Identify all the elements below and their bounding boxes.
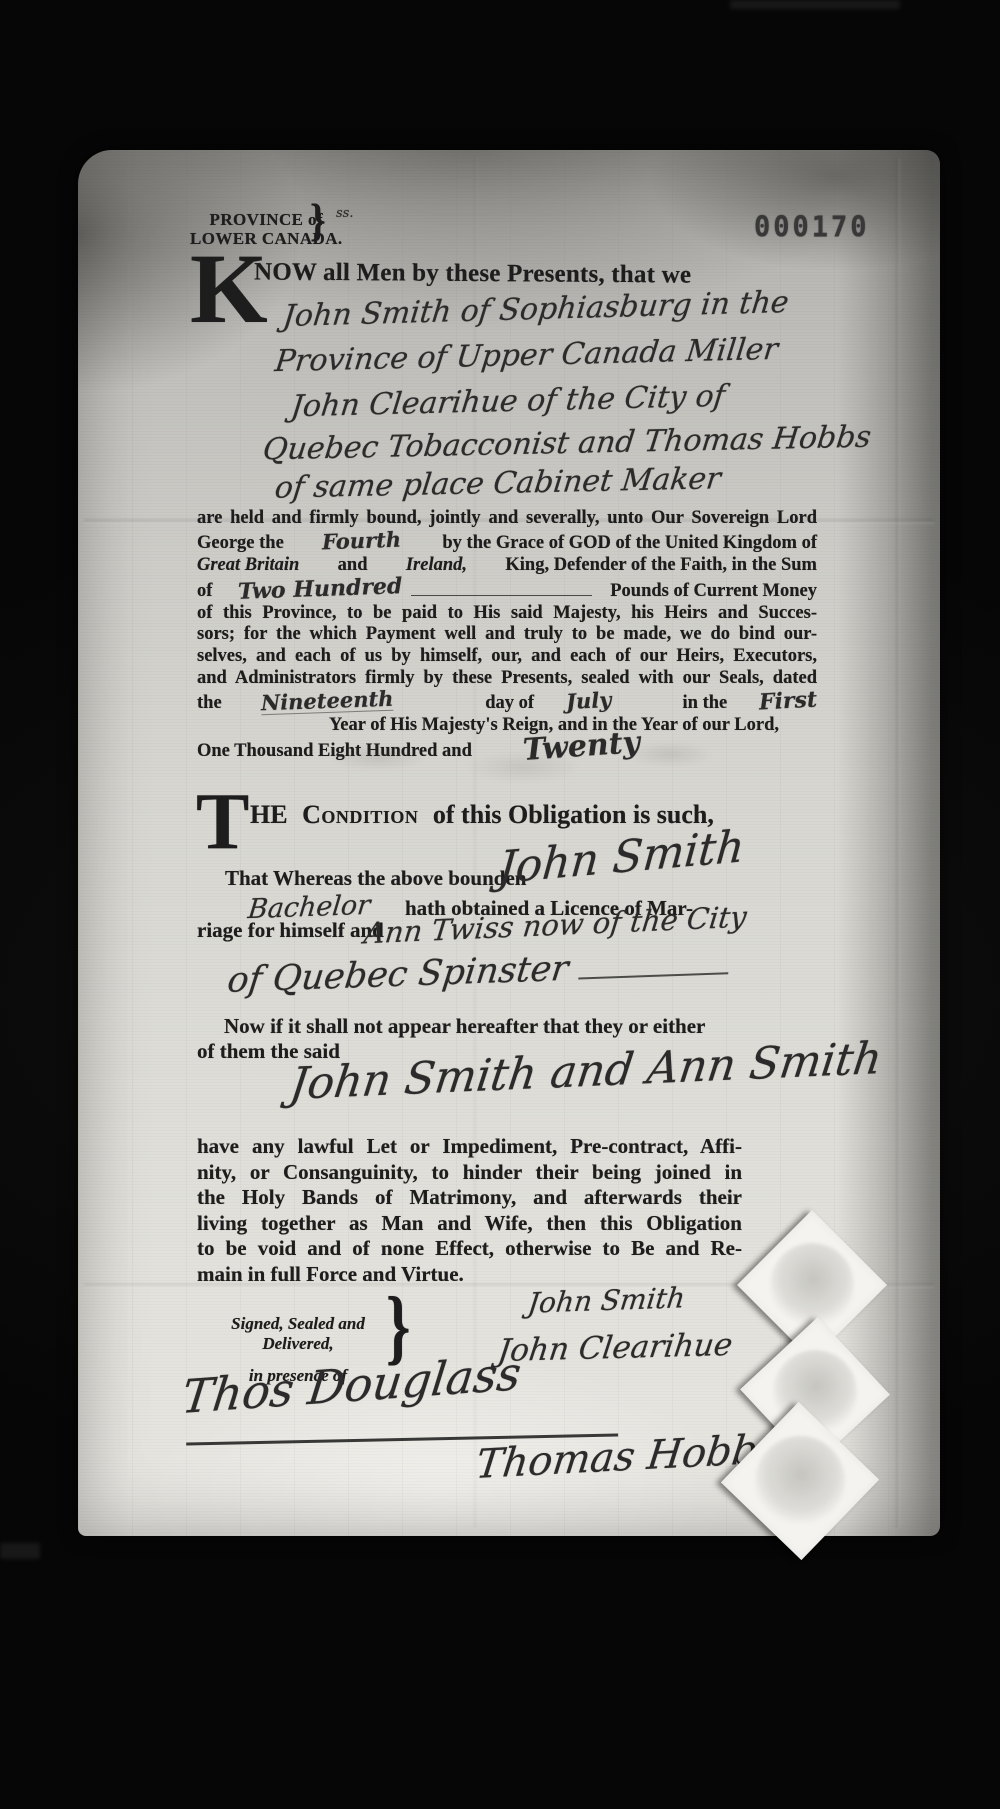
scanner-edge-mark xyxy=(730,0,900,9)
bond-line: Great Britain and Ireland, King, Defende… xyxy=(197,555,817,577)
proviso-line1: Now if it shall not appear hereafter tha… xyxy=(224,1014,705,1039)
bond-month-hand: July xyxy=(565,689,611,713)
opening-line: NOW all Men by these Presents, that we xyxy=(254,258,691,289)
jurisdiction-ss-abbrev: ss. xyxy=(336,206,353,221)
bond-line: sors; for the which Payment well and tru… xyxy=(197,624,817,646)
bond-text: Pounds of Current Money xyxy=(610,581,817,603)
closing-paragraph: have any lawful Let or Impediment, Pre-c… xyxy=(197,1134,742,1288)
condition-heading-condition: Condition xyxy=(302,800,418,829)
obligors-hand-line: John Clearihue of the City of xyxy=(289,379,727,425)
bride-residence-text: of Quebec Spinster xyxy=(225,949,570,1001)
signature-obligor2: John Clearihue xyxy=(496,1327,735,1369)
bond-line: George the Fourth by the Grace of GOD of… xyxy=(197,530,817,555)
bond-line: are held and firmly bound, jointly and s… xyxy=(197,508,817,530)
closing-line: living together as Man and Wife, then th… xyxy=(197,1211,742,1237)
whereas-line: That Whereas the above bounden xyxy=(225,866,526,891)
bond-text-italic: Ireland, xyxy=(406,555,467,577)
jurisdiction-brace: } xyxy=(310,197,326,243)
condition-heading: HE Condition of this Obligation is such, xyxy=(250,800,714,830)
folio-number-stamp: 000170 xyxy=(754,211,870,244)
bond-line: the Nineteenth day of July in the First xyxy=(197,690,817,715)
condition-dropcap: T xyxy=(196,790,249,854)
bond-text-italic: Great Britain xyxy=(197,555,299,577)
closing-line: have any lawful Let or Impediment, Pre-c… xyxy=(197,1134,742,1160)
condition-heading-rest: of this Obligation is such, xyxy=(433,800,714,829)
regnal-name-hand: Fourth xyxy=(321,528,401,553)
bond-line: of Two Hundred Pounds of Current Money xyxy=(197,576,817,602)
licence-line2: riage for himself and xyxy=(197,918,384,943)
obligors-hand-line: of same place Cabinet Maker xyxy=(273,461,723,505)
bond-text: George the xyxy=(197,533,284,555)
closing-line: the Holy Bands of Matrimony, and afterwa… xyxy=(197,1185,742,1211)
bond-text: King, Defender of the Faith, in the Sum xyxy=(505,555,817,577)
obligors-hand-line: Quebec Tobacconist and Thomas Hobbs xyxy=(261,420,873,468)
bond-regnal-year-hand: First xyxy=(758,689,817,714)
obligors-hand-line: John Smith of Sophiasburg in the xyxy=(281,285,790,334)
bond-line: of this Province, to be paid to His said… xyxy=(197,603,817,625)
bond-text: the xyxy=(197,693,222,715)
bond-sum-hand: Two Hundred xyxy=(238,576,403,604)
couple-names-hand: John Smith and Ann Smith xyxy=(287,1033,885,1110)
bond-day-hand: Nineteenth xyxy=(261,688,394,715)
bond-text: and xyxy=(338,555,368,577)
hand-flourish-rule xyxy=(578,937,732,979)
bond-paragraph: are held and firmly bound, jointly and s… xyxy=(197,508,817,763)
signature-obligor1: John Smith xyxy=(526,1281,687,1320)
bond-line: and Administrators firmly by these Prese… xyxy=(197,668,817,690)
scanner-edge-mark xyxy=(0,1543,40,1559)
closing-line: nity, or Consanguinity, to hinder their … xyxy=(197,1160,742,1186)
attestation-line1: Signed, Sealed and Delivered, xyxy=(208,1314,388,1354)
condition-heading-he: HE xyxy=(250,800,288,829)
closing-line: to be void and of none Effect, otherwise… xyxy=(197,1236,742,1262)
ghost-showthrough xyxy=(300,730,730,790)
fold-crease xyxy=(895,158,901,1528)
groom-name-hand: John Smith xyxy=(496,821,746,894)
bond-text: of xyxy=(197,581,212,603)
blank-fill-rule xyxy=(411,576,592,596)
obligors-hand-line: Province of Upper Canada Miller xyxy=(273,332,780,379)
bond-text: day of xyxy=(485,693,534,715)
bride-residence-hand: of Quebec Spinster xyxy=(225,937,732,1001)
scanned-document-page: { "document": { "jurisdiction_line1": "P… xyxy=(0,0,1000,1809)
bond-text: in the xyxy=(683,693,728,715)
document-paper: PROVINCE of LOWER CANADA. } ss. 000170 K… xyxy=(78,150,940,1536)
bond-text: by the Grace of GOD of the United Kingdo… xyxy=(442,533,817,555)
bond-line: selves, and each of us by himself, our, … xyxy=(197,646,817,668)
